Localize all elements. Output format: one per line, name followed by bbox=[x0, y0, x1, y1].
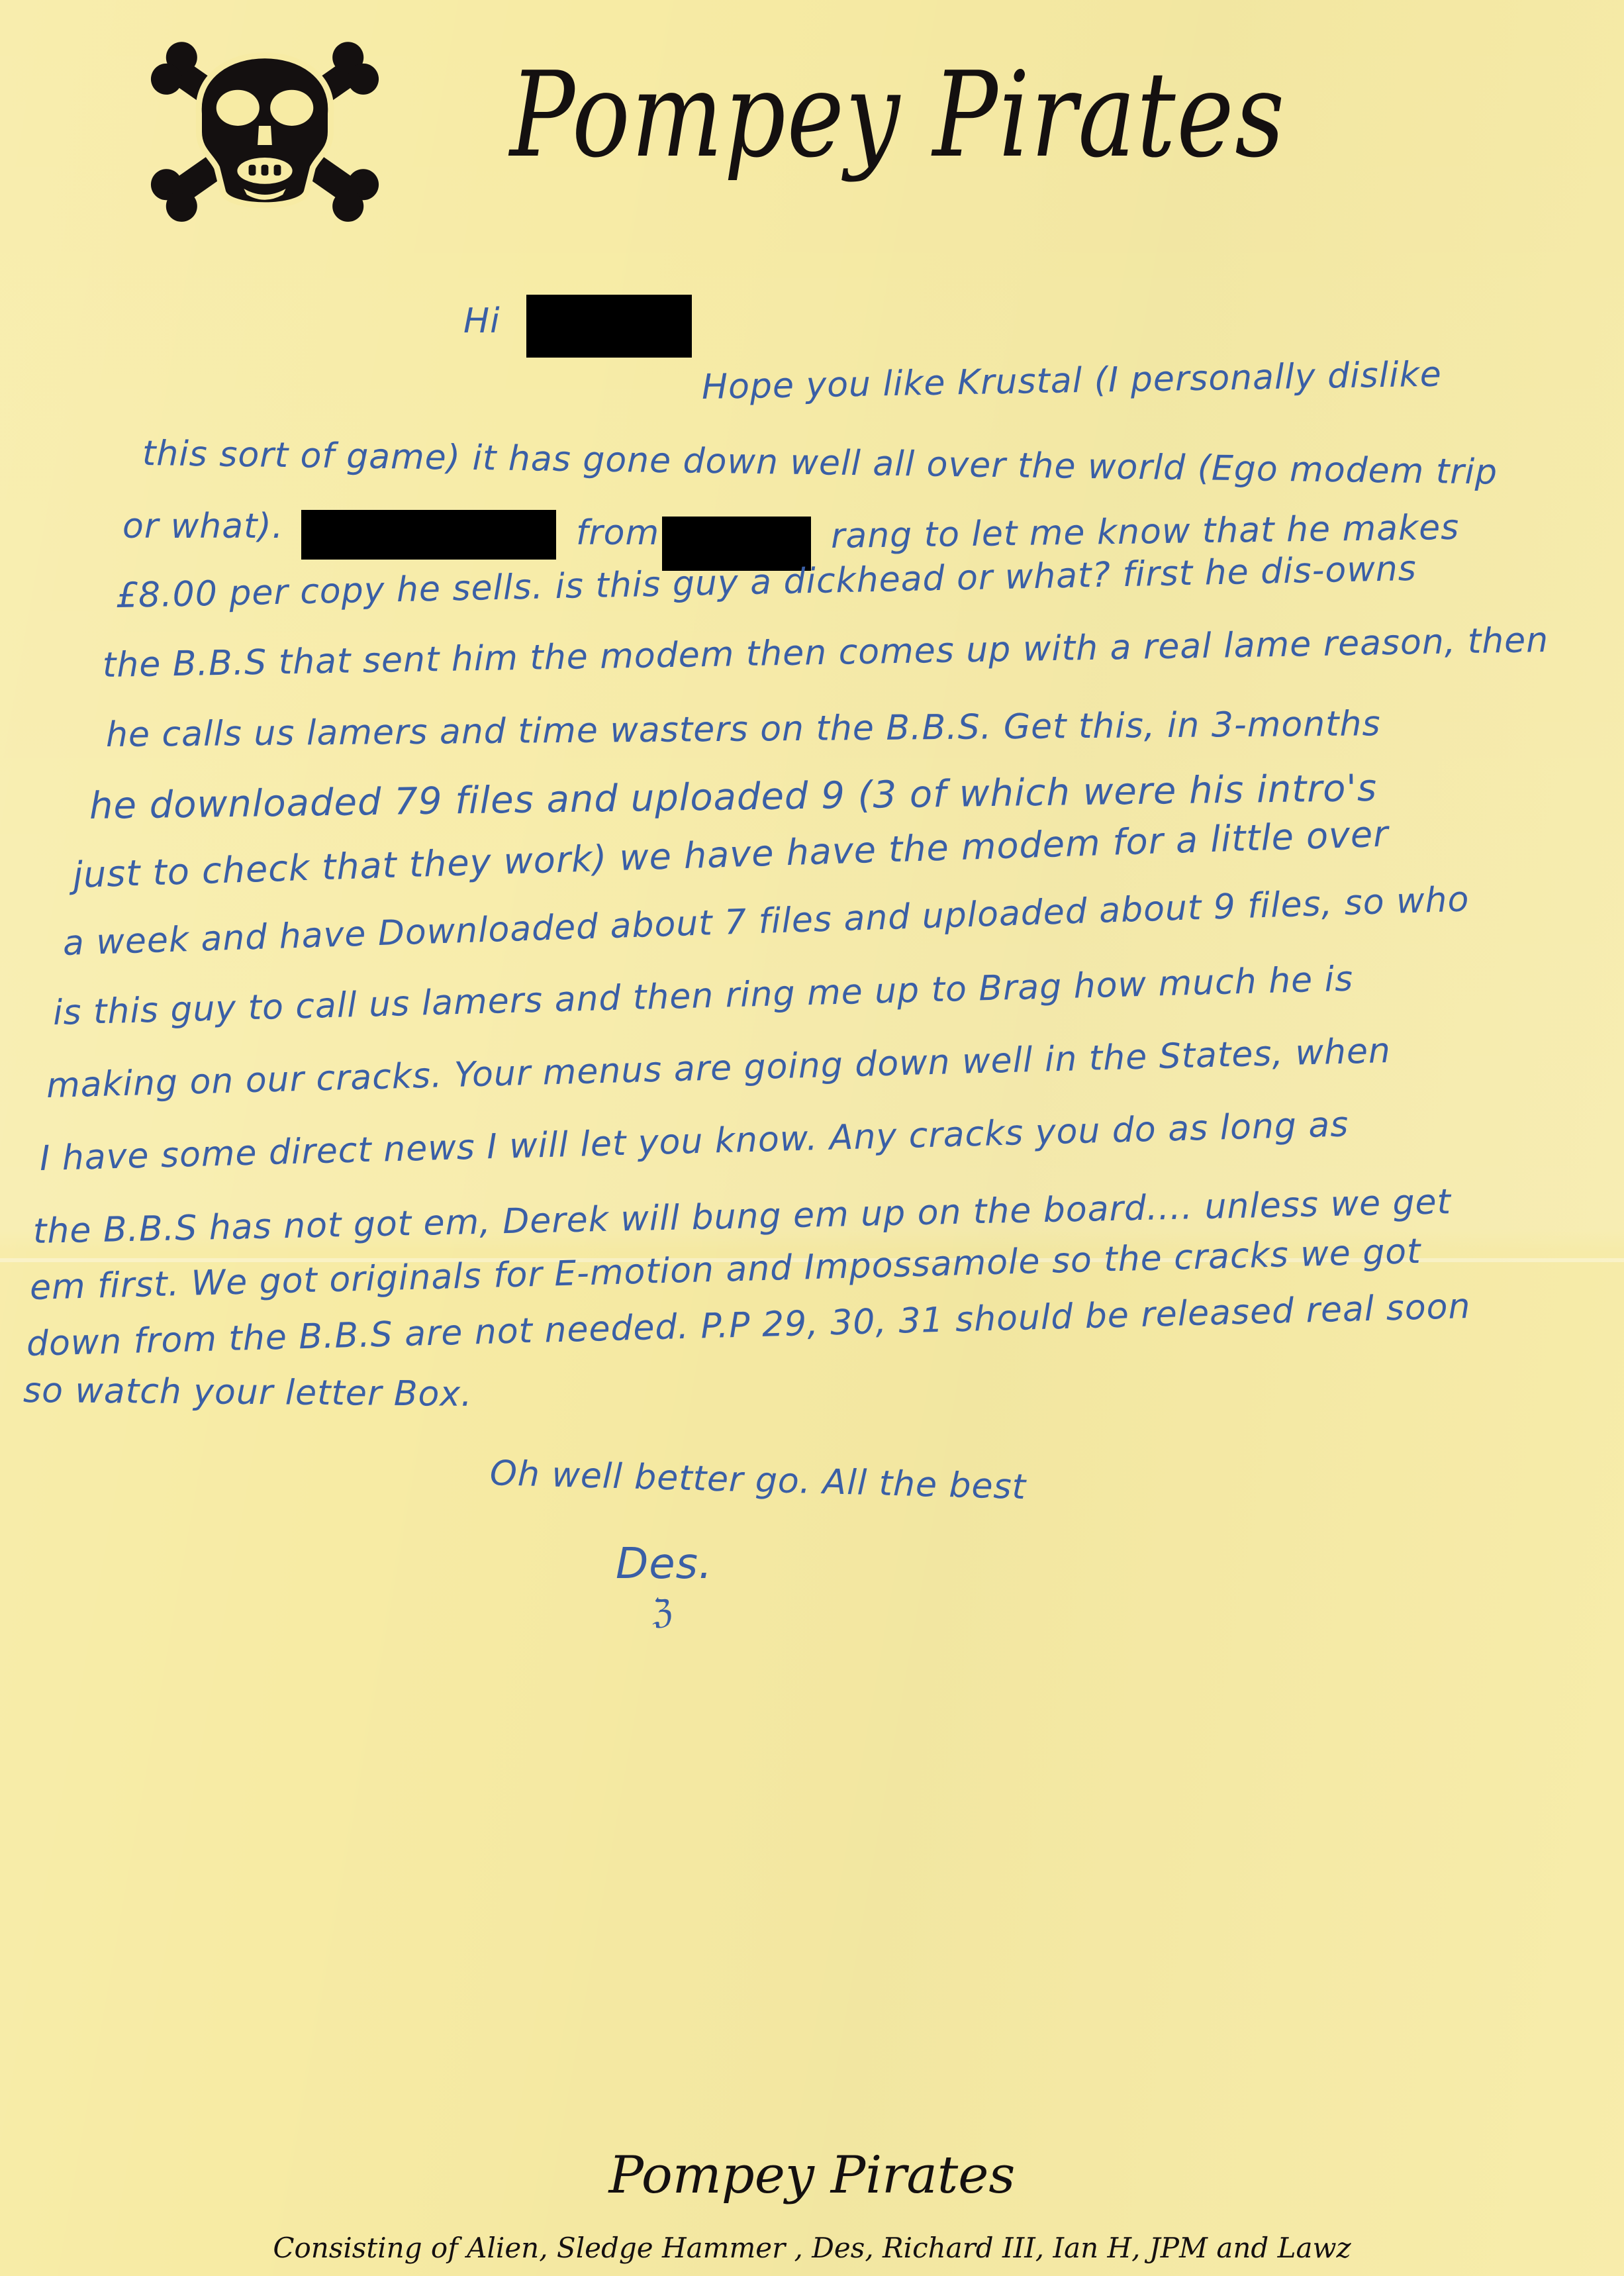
letter-line: this sort of game) it has gone down well… bbox=[142, 434, 1498, 493]
letter-line: just to check that they work) we have ha… bbox=[72, 813, 1389, 896]
letter-line: he downloaded 79 files and uploaded 9 (3… bbox=[89, 767, 1378, 828]
letter-line: from bbox=[576, 513, 659, 553]
letter-line: so watch your letter Box. bbox=[23, 1371, 473, 1414]
footer-members: Consisting of Alien, Sledge Hammer , Des… bbox=[0, 2232, 1624, 2264]
greeting: Hi bbox=[463, 301, 501, 341]
letter-signature: Des. bbox=[616, 1540, 712, 1589]
letter-line: Hope you like Krustal (I personally disl… bbox=[701, 354, 1442, 407]
redaction-sender bbox=[301, 510, 556, 560]
redaction-recipient bbox=[526, 295, 692, 358]
letter-line: the B.B.S that sent him the modem then c… bbox=[102, 620, 1549, 685]
letter-line: or what). bbox=[122, 507, 283, 546]
letter-page: Pompey Pirates Hi Hope you like Krustal … bbox=[0, 0, 1624, 2276]
skull-and-crossbones-icon bbox=[139, 7, 391, 245]
footer-title: Pompey Pirates bbox=[0, 2146, 1624, 2205]
letter-line: is this guy to call us lamers and then r… bbox=[52, 960, 1354, 1033]
signature-mark: ℨ bbox=[652, 1593, 673, 1631]
letter-line: a week and have Downloaded about 7 files… bbox=[62, 879, 1470, 964]
letter-closing: Oh well better go. All the best bbox=[489, 1454, 1027, 1507]
letter-line: he calls us lamers and time wasters on t… bbox=[106, 704, 1381, 755]
letter-line: making on our cracks. Your menus are goi… bbox=[46, 1031, 1391, 1106]
letterhead-title: Pompey Pirates bbox=[510, 46, 1286, 183]
letter-line: rang to let me know that he makes bbox=[831, 508, 1460, 556]
letter-line: I have some direct news I will let you k… bbox=[39, 1105, 1349, 1179]
